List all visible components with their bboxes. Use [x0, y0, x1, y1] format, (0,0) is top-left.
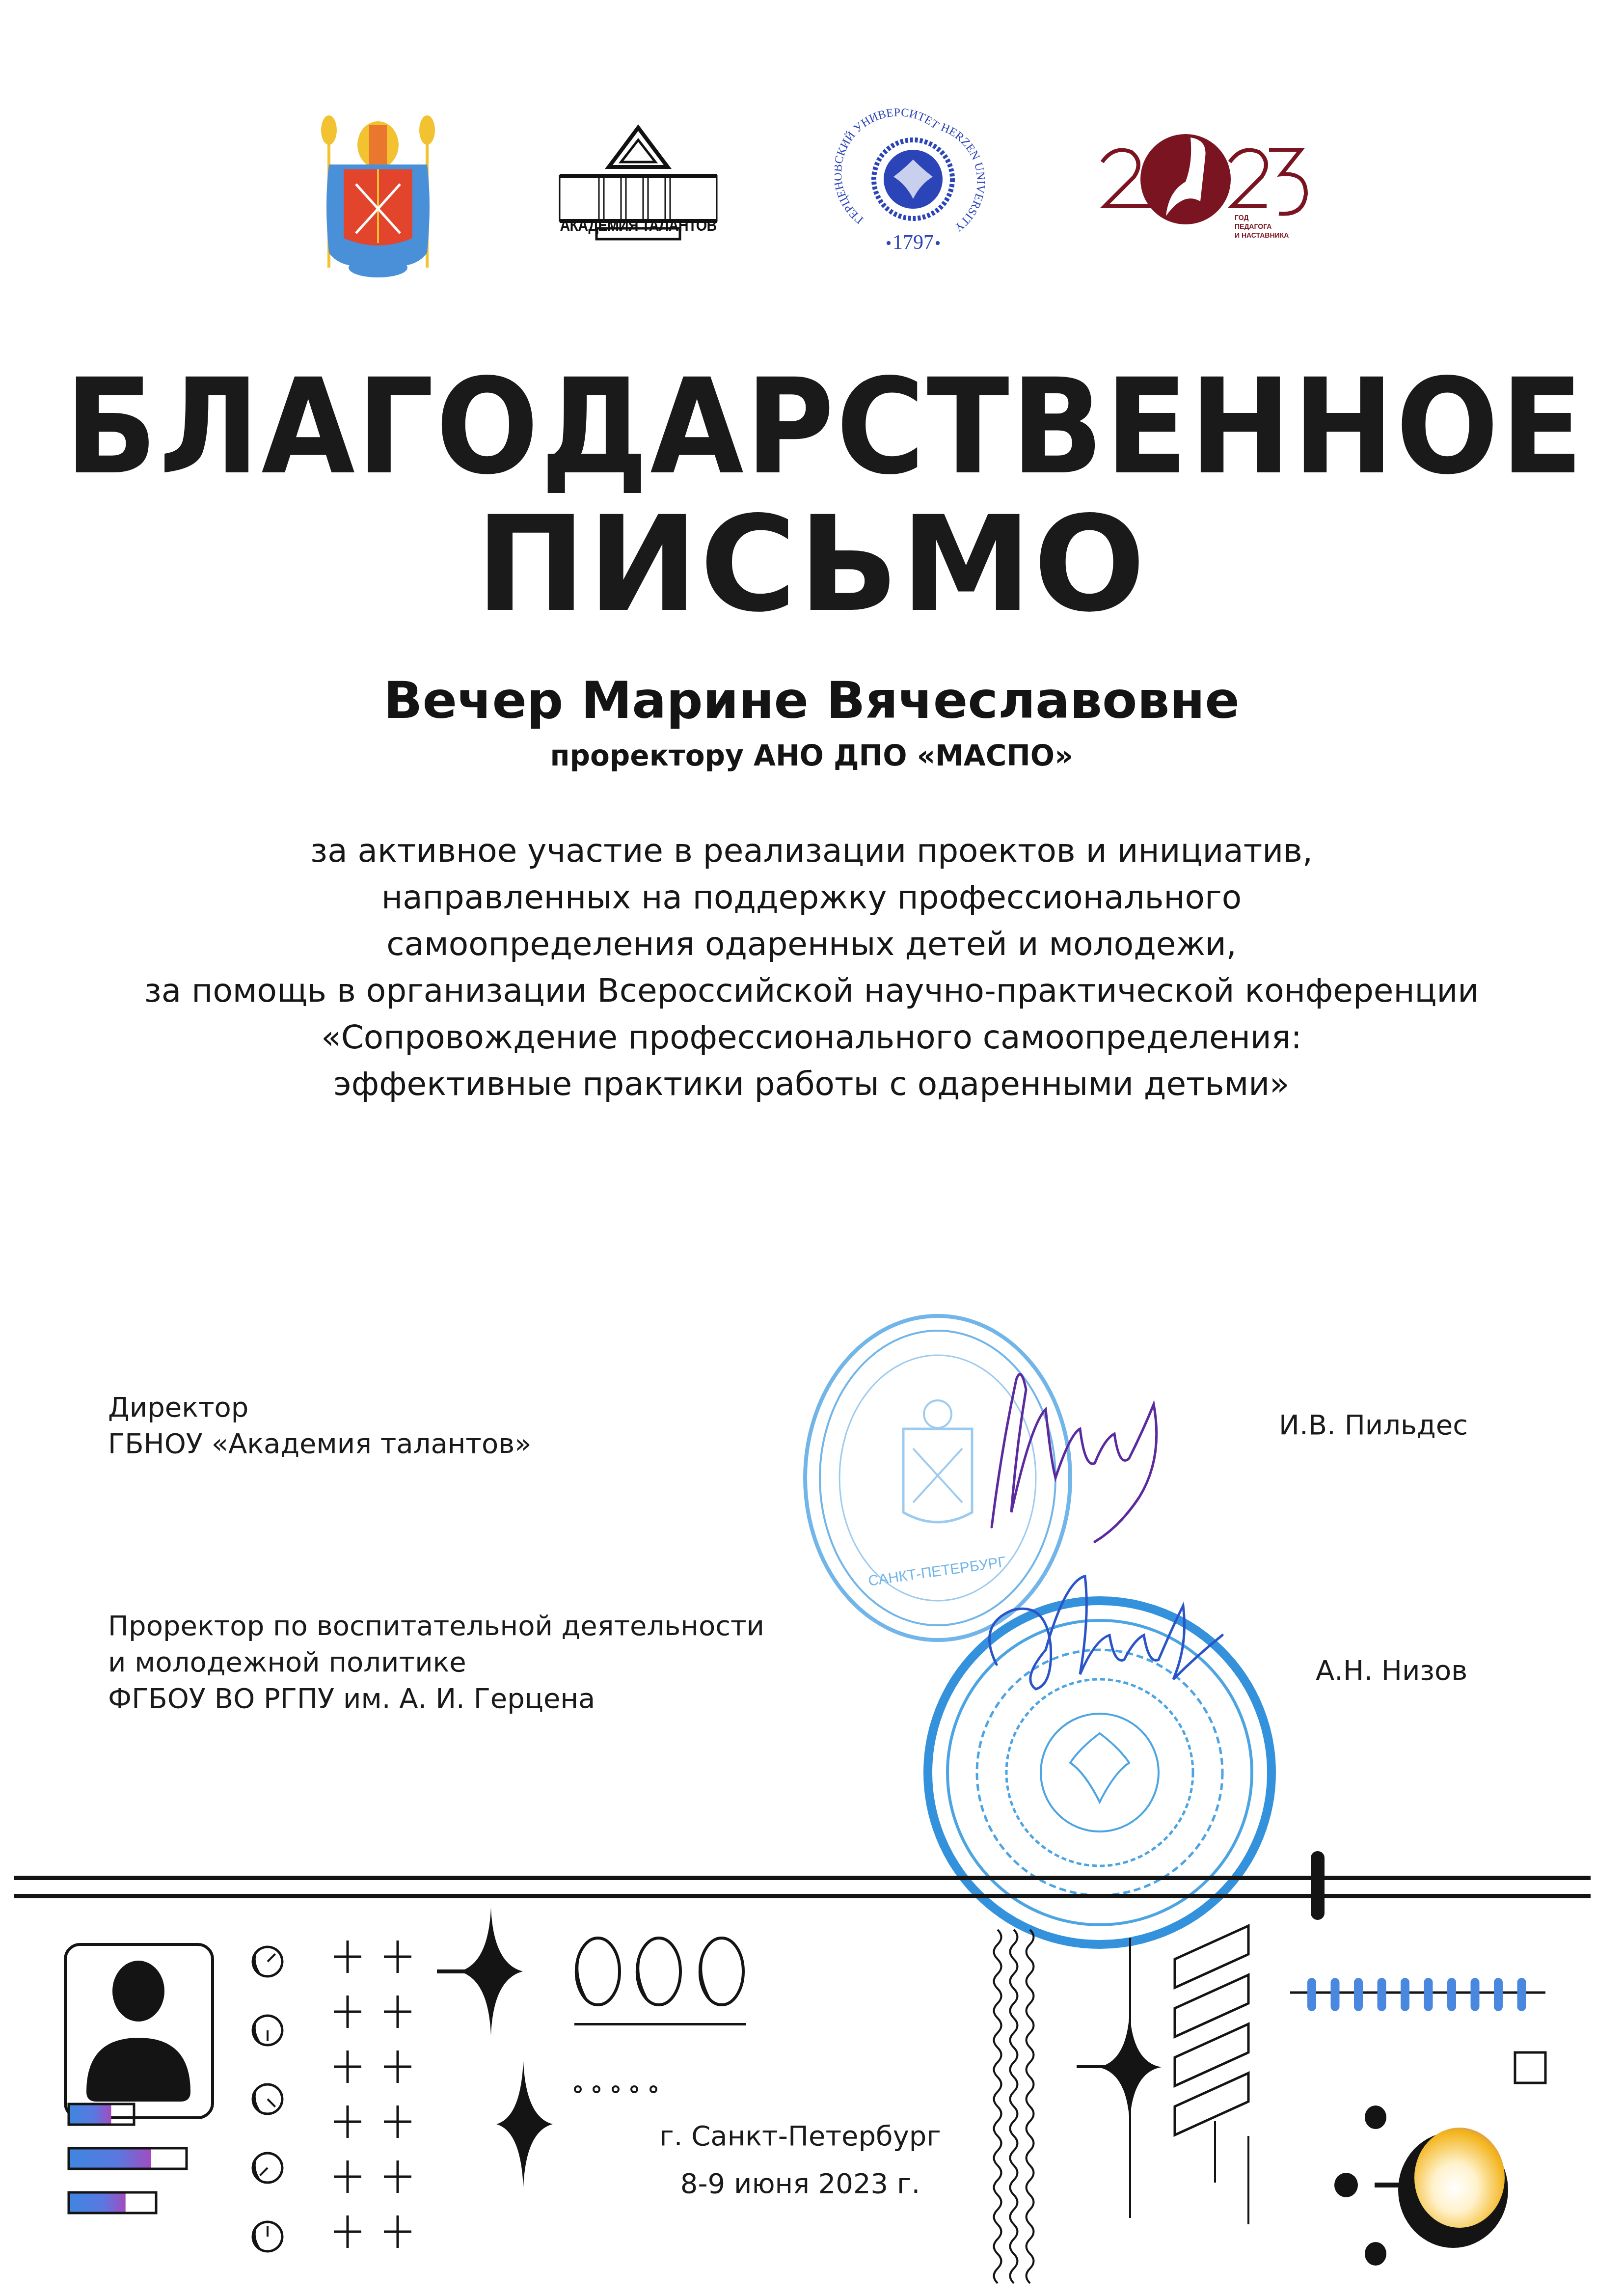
signatory-2-name: А.Н. Низов: [1316, 1655, 1467, 1687]
document-title-line-2: ПИСЬМО: [0, 491, 1623, 638]
signatory-1-position-line: Директор: [108, 1390, 532, 1426]
plus-grid: [334, 1941, 411, 2248]
body-line: самоопределения одаренных детей и молоде…: [0, 921, 1623, 967]
year-of-teacher-caption-3: И НАСТАВНИКА: [1235, 231, 1289, 239]
decorative-footer-graphics: [0, 1817, 1623, 2296]
progress-bars: [69, 2104, 187, 2213]
signatory-2-position-line: ФГБОУ ВО РГПУ им. А. И. Герцена: [108, 1681, 764, 1717]
footer-city: г. Санкт-Петербург: [623, 2120, 977, 2152]
body-line: «Сопровождение профессионального самоопр…: [0, 1014, 1623, 1061]
gratitude-body-text: за активное участие в реализации проекто…: [0, 827, 1623, 1107]
herzen-university-logo: ГЕРЦЕНОВСКИЙ УНИВЕРСИТЕТ HERZEN UNIVERSI…: [835, 106, 992, 263]
signatory-2-position: Проректор по воспитательной деятельности…: [108, 1608, 764, 1717]
body-line: эффективные практики работы с одаренными…: [0, 1061, 1623, 1107]
recipient-name: Вечер Марине Вячеславовне: [0, 670, 1623, 730]
signatory-1-position: Директор ГБНОУ «Академия талантов»: [108, 1390, 532, 1462]
document-title-line-1: БЛАГОДАРСТВЕННОЕ: [65, 354, 1558, 501]
year-of-teacher-caption-1: ГОД: [1235, 214, 1248, 221]
signatory-2-position-line: Проректор по воспитательной деятельности: [108, 1608, 764, 1644]
year-of-teacher-caption-2: ПЕДАГОГА: [1235, 222, 1271, 230]
body-line: за помощь в организации Всероссийской на…: [0, 967, 1623, 1014]
saint-petersburg-coat-of-arms-logo: [314, 106, 442, 282]
svg-text:HERZEN UNIVERSITY: HERZEN UNIVERSITY: [939, 121, 987, 234]
recipient-role: проректору АНО ДПО «МАСПО»: [0, 739, 1623, 772]
herzen-year: 1797: [893, 231, 934, 254]
body-line: за активное участие в реализации проекто…: [0, 827, 1623, 874]
signatory-2-position-line: и молодежной политике: [108, 1644, 764, 1681]
avatar-icon: [65, 1944, 213, 2118]
signatory-1-name: И.В. Пильдес: [1279, 1409, 1468, 1441]
herzen-ring-text-en: HERZEN UNIVERSITY: [939, 121, 987, 234]
academy-logo-text: АКАДЕМИЯ ТАЛАНТОВ: [559, 216, 718, 235]
signature-nizov: [967, 1566, 1232, 1704]
body-line: направленных на поддержку профессиональн…: [0, 874, 1623, 921]
signature-pildes: [933, 1350, 1208, 1557]
year-of-teacher-2023-logo: ГОД ПЕДАГОГА И НАСТАВНИКА: [1095, 118, 1311, 246]
signatory-1-position-line: ГБНОУ «Академия талантов»: [108, 1426, 532, 1462]
dial-icons: [252, 1947, 282, 2251]
footer-date: 8-9 июня 2023 г.: [623, 2168, 977, 2200]
